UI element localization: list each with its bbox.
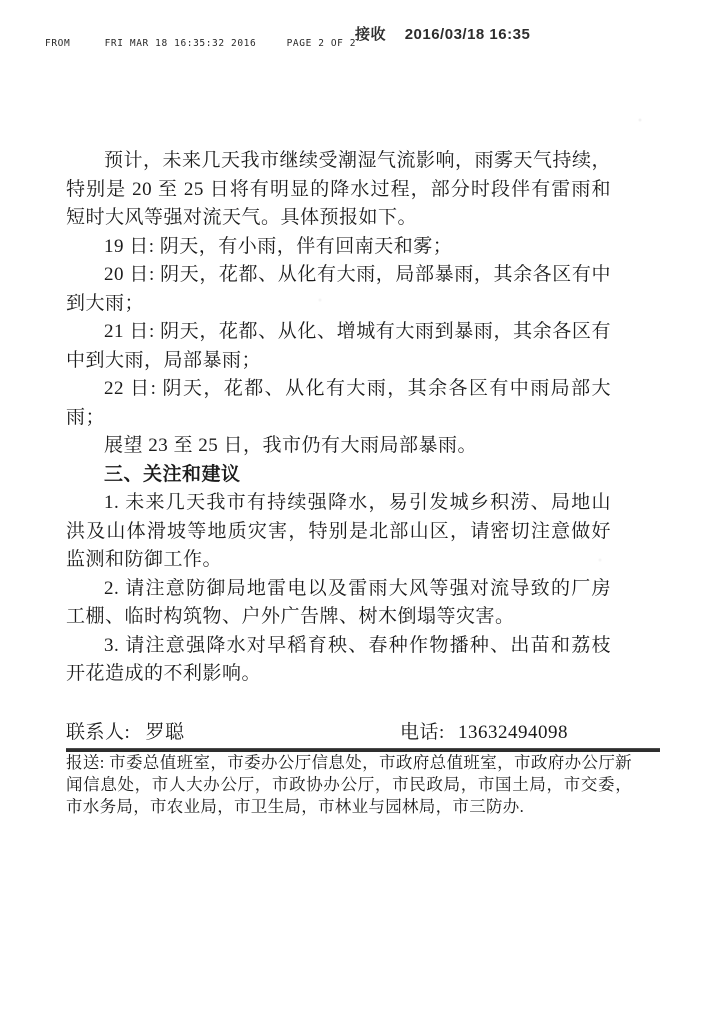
distribution-paragraph: 报送: 市委总值班室，市委办公厅信息处，市政府总值班室，市政府办公厅新闻信息处，… <box>66 752 632 818</box>
received-label: 接收 <box>355 26 386 43</box>
contact-label: 联系人: <box>66 722 130 743</box>
distribution-label: 报送: <box>66 753 105 772</box>
contact-name: 罗聪 <box>146 722 185 743</box>
distribution-text: 市委总值班室，市委办公厅信息处，市政府总值班室，市政府办公厅新闻信息处，市人大办… <box>66 753 632 816</box>
forecast-line-19: 19 日: 阴天，有小雨，伴有回南天和雾； <box>66 233 611 262</box>
forecast-outlook: 展望 23 至 25 日，我市仍有大雨局部暴雨。 <box>66 432 611 461</box>
fax-header: FROM FRI MAR 18 16:35:32 2016 PAGE 2 OF … <box>45 38 356 49</box>
fax-page: FROM FRI MAR 18 16:35:32 2016 PAGE 2 OF … <box>0 0 718 1014</box>
document-body: 预计，未来几天我市继续受潮湿气流影响，雨雾天气持续，特别是 20 至 25 日将… <box>66 147 611 818</box>
phone-label: 电话: <box>400 722 445 743</box>
fax-from-label: FROM <box>45 38 70 49</box>
suggestion-paragraph-2: 2. 请注意防御局地雷电以及雷雨大风等强对流导致的厂房工棚、临时构筑物、户外广告… <box>66 575 611 632</box>
fax-sent-timestamp: FRI MAR 18 16:35:32 2016 <box>105 38 257 49</box>
phone-number: 13632494098 <box>458 722 568 743</box>
section-heading: 三、关注和建议 <box>66 461 611 490</box>
fax-page-info: PAGE 2 OF 2 <box>287 38 357 49</box>
received-stamp: 接收 2016/03/18 16:35 <box>355 23 530 44</box>
forecast-line-21: 21 日: 阴天，花都、从化、增城有大雨到暴雨，其余各区有中到大雨，局部暴雨； <box>66 318 611 375</box>
intro-paragraph: 预计，未来几天我市继续受潮湿气流影响，雨雾天气持续，特别是 20 至 25 日将… <box>66 147 611 233</box>
contact-row: 联系人: 罗聪 电话: 13632494098 <box>66 719 611 747</box>
suggestion-paragraph-1: 1. 未来几天我市有持续强降水，易引发城乡积涝、局地山洪及山体滑坡等地质灾害，特… <box>66 489 611 575</box>
suggestion-paragraph-3: 3. 请注意强降水对早稻育秧、春种作物播种、出苗和荔枝开花造成的不利影响。 <box>66 632 611 689</box>
contact-info: 联系人: 罗聪 <box>66 722 185 743</box>
contact-phone: 电话: 13632494098 <box>400 719 568 748</box>
forecast-line-22: 22 日: 阴天，花都、从化有大雨，其余各区有中雨局部大雨； <box>66 375 611 432</box>
received-datetime: 2016/03/18 16:35 <box>405 26 531 43</box>
forecast-line-20: 20 日: 阴天，花都、从化有大雨，局部暴雨，其余各区有中到大雨； <box>66 261 611 318</box>
